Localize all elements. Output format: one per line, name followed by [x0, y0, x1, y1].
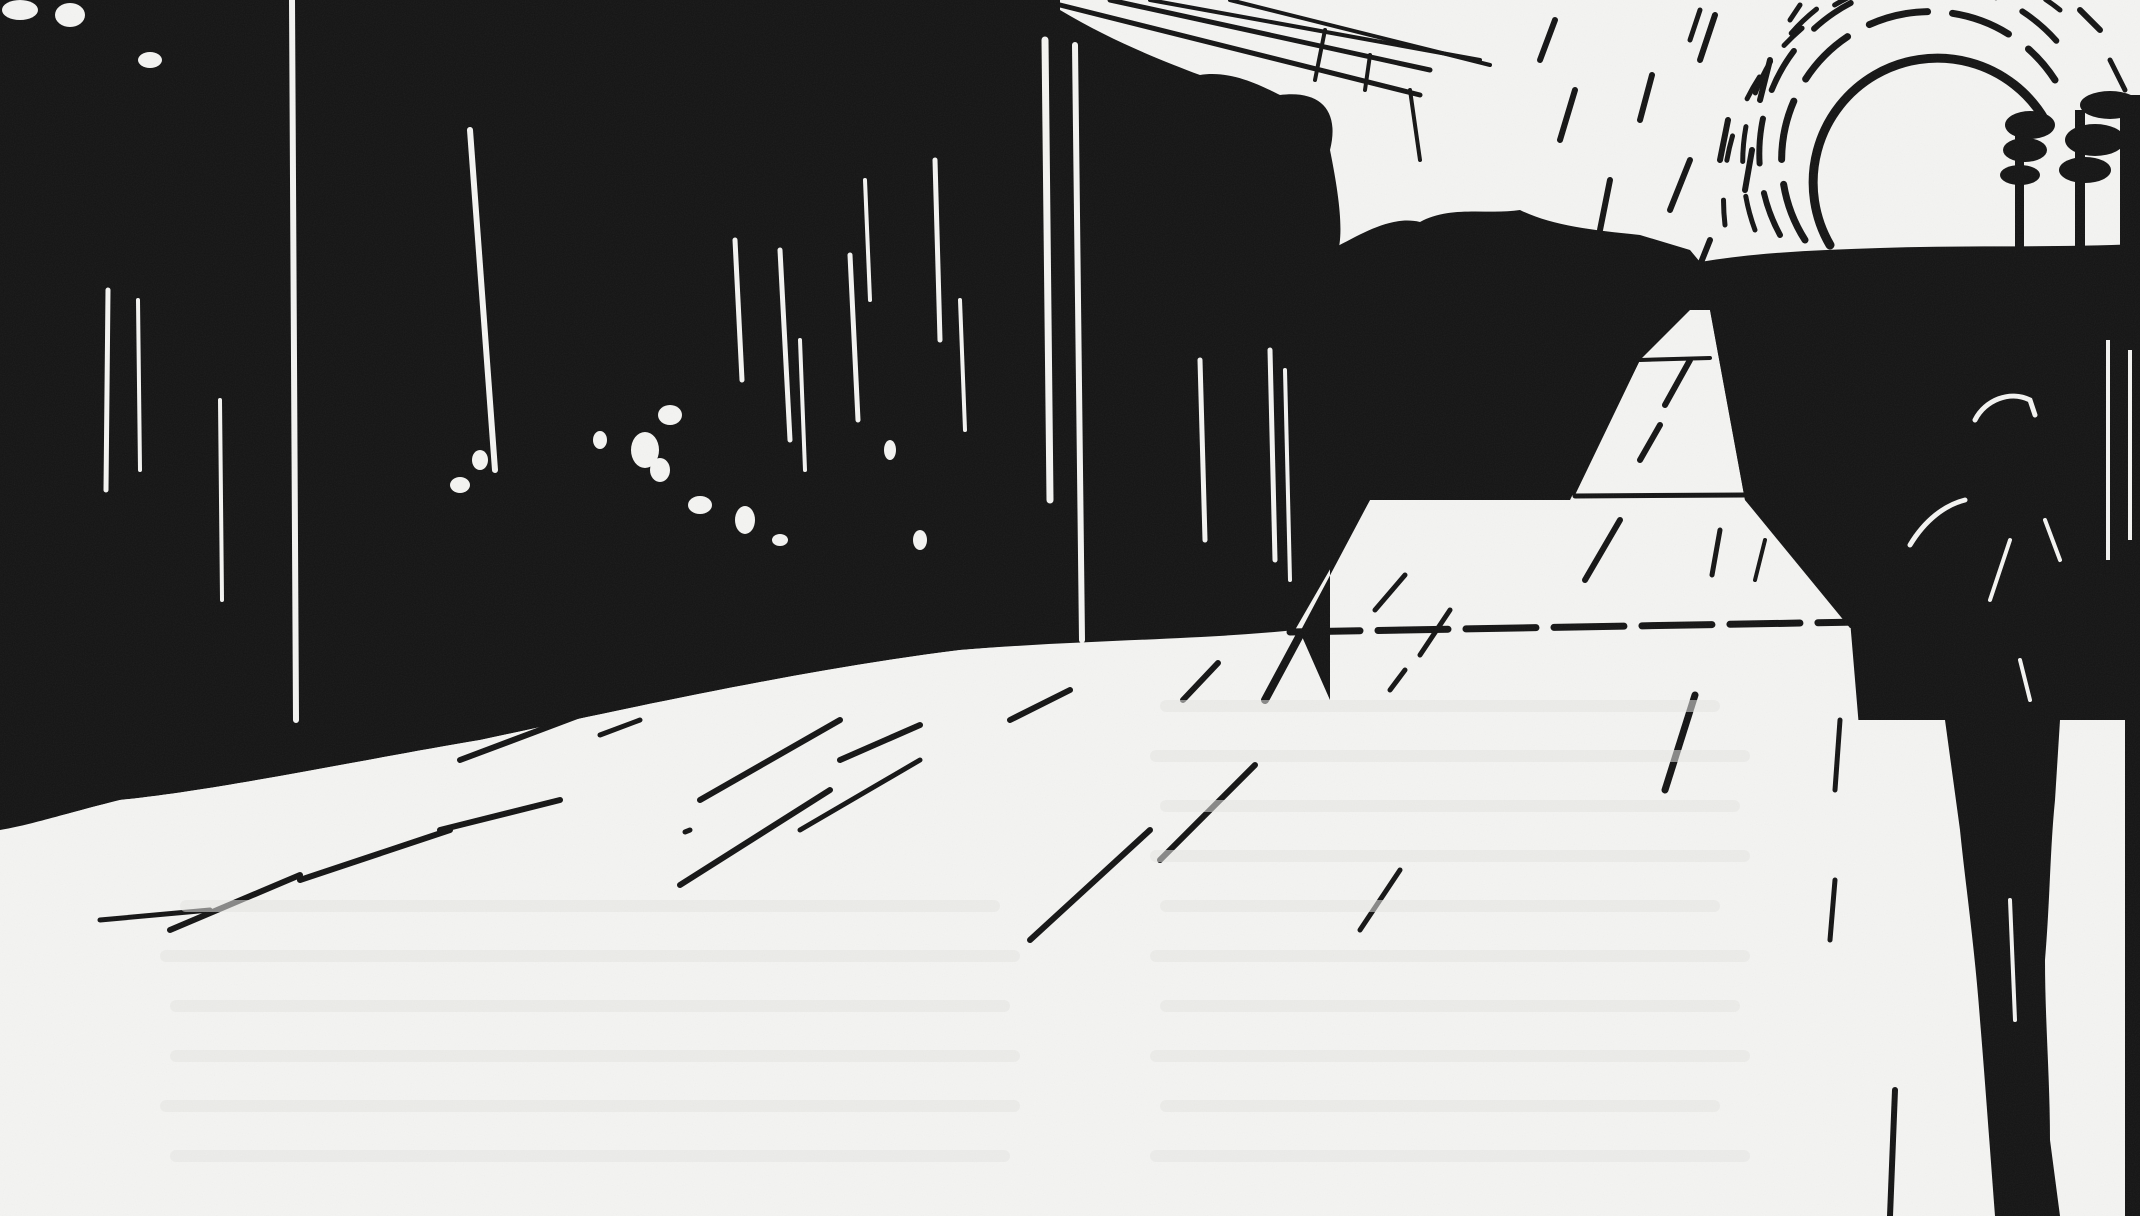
woodcut-artwork — [0, 0, 2140, 1216]
artwork-canvas — [0, 0, 2140, 1216]
paper-grain — [0, 0, 2140, 1216]
